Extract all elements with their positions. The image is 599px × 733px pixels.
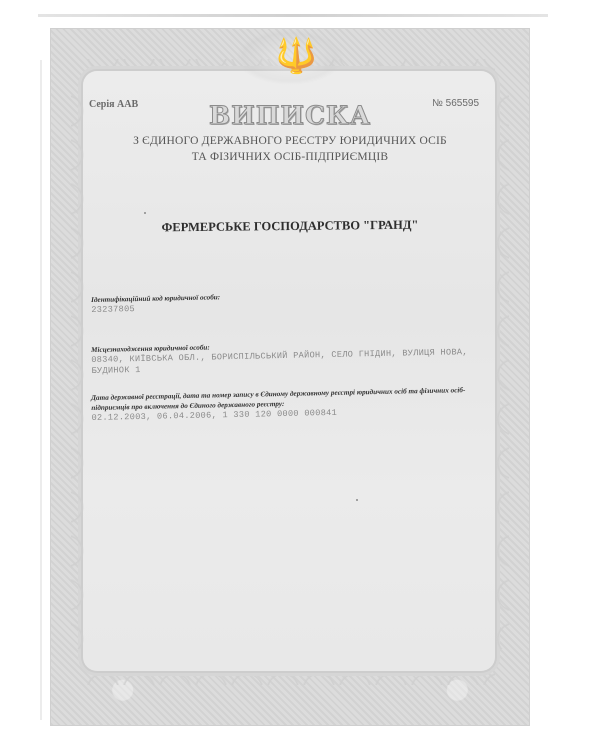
document-title: ВИПИСКА <box>51 101 529 130</box>
border-scallop-left <box>71 89 85 649</box>
border-scallop-bottom <box>85 671 495 685</box>
registry-extract-document: 🔱 Серія ААВ № 565595 ВИПИСКА З ЄДИНОГО Д… <box>51 29 529 725</box>
ukraine-trident-icon: 🔱 <box>275 35 305 77</box>
scan-edge-top <box>38 14 548 17</box>
document-subtitle-line1: З ЄДИНОГО ДЕРЖАВНОГО РЕЄСТРУ ЮРИДИЧНИХ О… <box>51 135 529 147</box>
border-scallop-right <box>495 89 509 649</box>
scan-speck <box>356 499 358 501</box>
scan-speck <box>144 212 146 214</box>
document-subtitle-line2: ТА ФІЗИЧНИХ ОСІБ-ПІДПРИЄМЦІВ <box>51 151 529 163</box>
scan-edge-left <box>40 60 42 720</box>
